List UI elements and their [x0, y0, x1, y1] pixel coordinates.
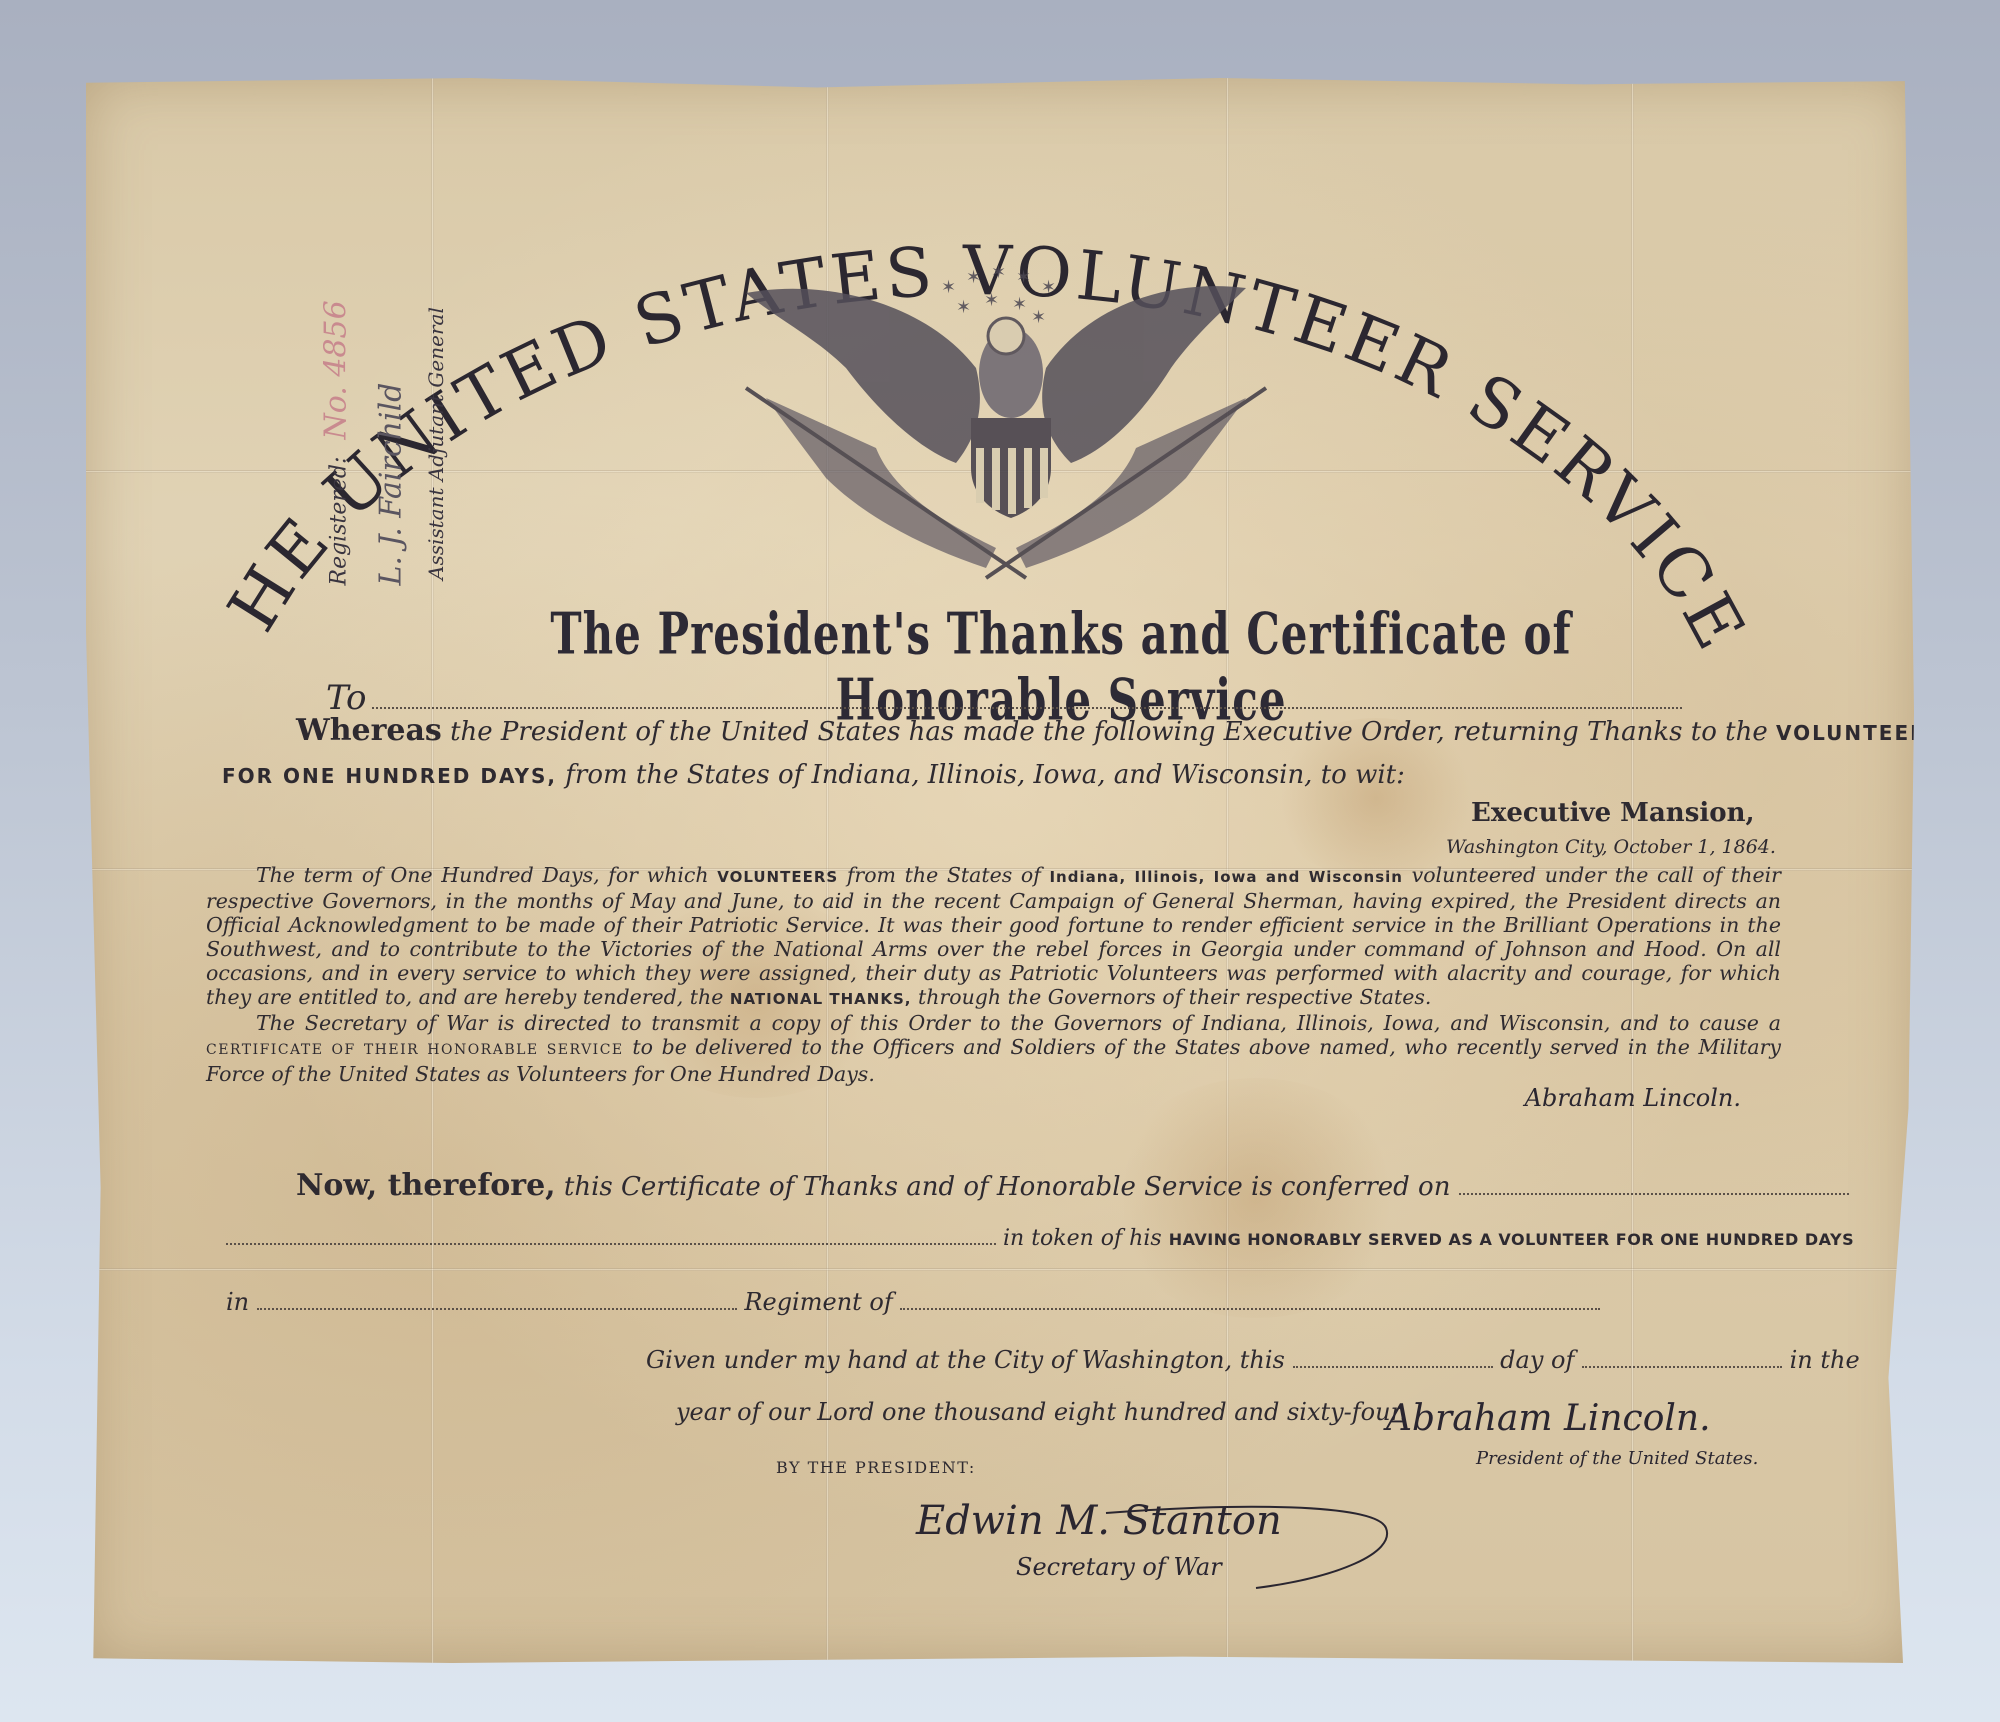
preamble-line-1: Whereas the President of the United Stat…	[296, 713, 1944, 748]
volunteers-word: VOLUNTEERS	[1776, 721, 1944, 745]
order-signature: Abraham Lincoln.	[206, 1086, 1781, 1110]
svg-text:✶: ✶	[1041, 277, 1056, 298]
order-text: from the States of	[847, 863, 1041, 887]
adjutant-signature: L. J. Fairchild	[374, 383, 409, 586]
name-blank	[226, 1243, 996, 1245]
certificate-phrase: CERTIFICATE OF THEIR HONORABLE SERVICE	[206, 1042, 624, 1058]
svg-text:✶: ✶	[1016, 267, 1031, 288]
regiment-blank	[900, 1308, 1600, 1310]
having-served: HAVING HONORABLY SERVED AS A VOLUNTEER F…	[1169, 1230, 1854, 1249]
svg-text:✶: ✶	[941, 277, 956, 298]
executive-mansion-heading: Executive Mansion,	[1471, 798, 1755, 828]
adjutant-title: Assistant Adjutant General	[424, 307, 448, 580]
regiment-label: Regiment of	[744, 1288, 892, 1316]
given-line: Given under my hand at the City of Washi…	[646, 1346, 1860, 1374]
to-line: To	[326, 678, 1682, 718]
president-title: President of the United States.	[1476, 1448, 1758, 1469]
to-label: To	[326, 678, 367, 718]
year-line: year of our Lord one thousand eight hund…	[676, 1398, 1407, 1426]
in-the: in the	[1790, 1346, 1860, 1374]
whereas-word: Whereas	[296, 713, 442, 748]
preamble-states: from the States of Indiana, Illinois, Io…	[565, 760, 1405, 790]
order-states: Indiana, Illinois, Iowa and Wisconsin	[1049, 868, 1403, 886]
preamble-text: the President of the United States has m…	[450, 717, 1768, 747]
registered-number: No. 4856	[319, 300, 354, 439]
svg-text:✶: ✶	[966, 267, 981, 288]
token-line: in token of his HAVING HONORABLY SERVED …	[226, 1226, 1854, 1251]
lincoln-signature: Abraham Lincoln.	[1386, 1398, 1711, 1439]
given-text: Given under my hand at the City of Washi…	[646, 1346, 1285, 1374]
registration-margin-note: Registered: No. 4856 L. J. Fairchild Ass…	[206, 178, 546, 618]
company-blank	[257, 1308, 737, 1310]
executive-order-text: The term of One Hundred Days, for which …	[206, 863, 1781, 1110]
svg-text:✶: ✶	[1031, 307, 1046, 328]
registered-label: Registered:	[327, 457, 352, 586]
order-text: through the Governors of their respectiv…	[918, 985, 1431, 1009]
in-token: in token of his	[1003, 1226, 1162, 1251]
order-text: The Secretary of War is directed to tran…	[256, 1011, 1781, 1035]
fold-crease	[86, 1268, 1914, 1271]
svg-text:✶: ✶	[1012, 294, 1027, 315]
order-text: The term of One Hundred Days, for which	[256, 863, 709, 887]
order-volunteers: VOLUNTEERS	[717, 868, 838, 886]
svg-text:✶: ✶	[956, 297, 971, 318]
now-therefore-line: Now, therefore, this Certificate of Than…	[296, 1168, 1849, 1203]
eagle-shield-flags-emblem: ✶✶✶✶✶ ✶✶✶✶	[726, 248, 1286, 598]
national-thanks: NATIONAL THANKS,	[730, 990, 912, 1008]
certificate-document: THE UNITED STATES VOLUNTEER SERVICE. ✶✶✶…	[86, 78, 1914, 1663]
by-the-president: BY THE PRESIDENT:	[776, 1458, 976, 1477]
now-therefore: Now, therefore,	[296, 1168, 556, 1203]
conferred-on-blank	[1459, 1193, 1849, 1195]
regiment-line: in Regiment of	[226, 1288, 1600, 1316]
month-blank	[1582, 1366, 1782, 1368]
day-blank	[1293, 1366, 1493, 1368]
for-one-hundred-days: FOR ONE HUNDRED DAYS,	[222, 764, 557, 788]
svg-text:✶: ✶	[991, 262, 1006, 283]
signature-flourish	[1086, 1493, 1406, 1603]
preamble-line-2: FOR ONE HUNDRED DAYS, from the States of…	[222, 760, 1405, 790]
svg-text:✶: ✶	[984, 290, 999, 311]
recipient-blank	[372, 707, 1682, 709]
in-label: in	[226, 1288, 249, 1316]
dateline: Washington City, October 1, 1864.	[1446, 836, 1776, 858]
day-of: day of	[1500, 1346, 1574, 1374]
conferred-text: this Certificate of Thanks and of Honora…	[564, 1172, 1451, 1202]
